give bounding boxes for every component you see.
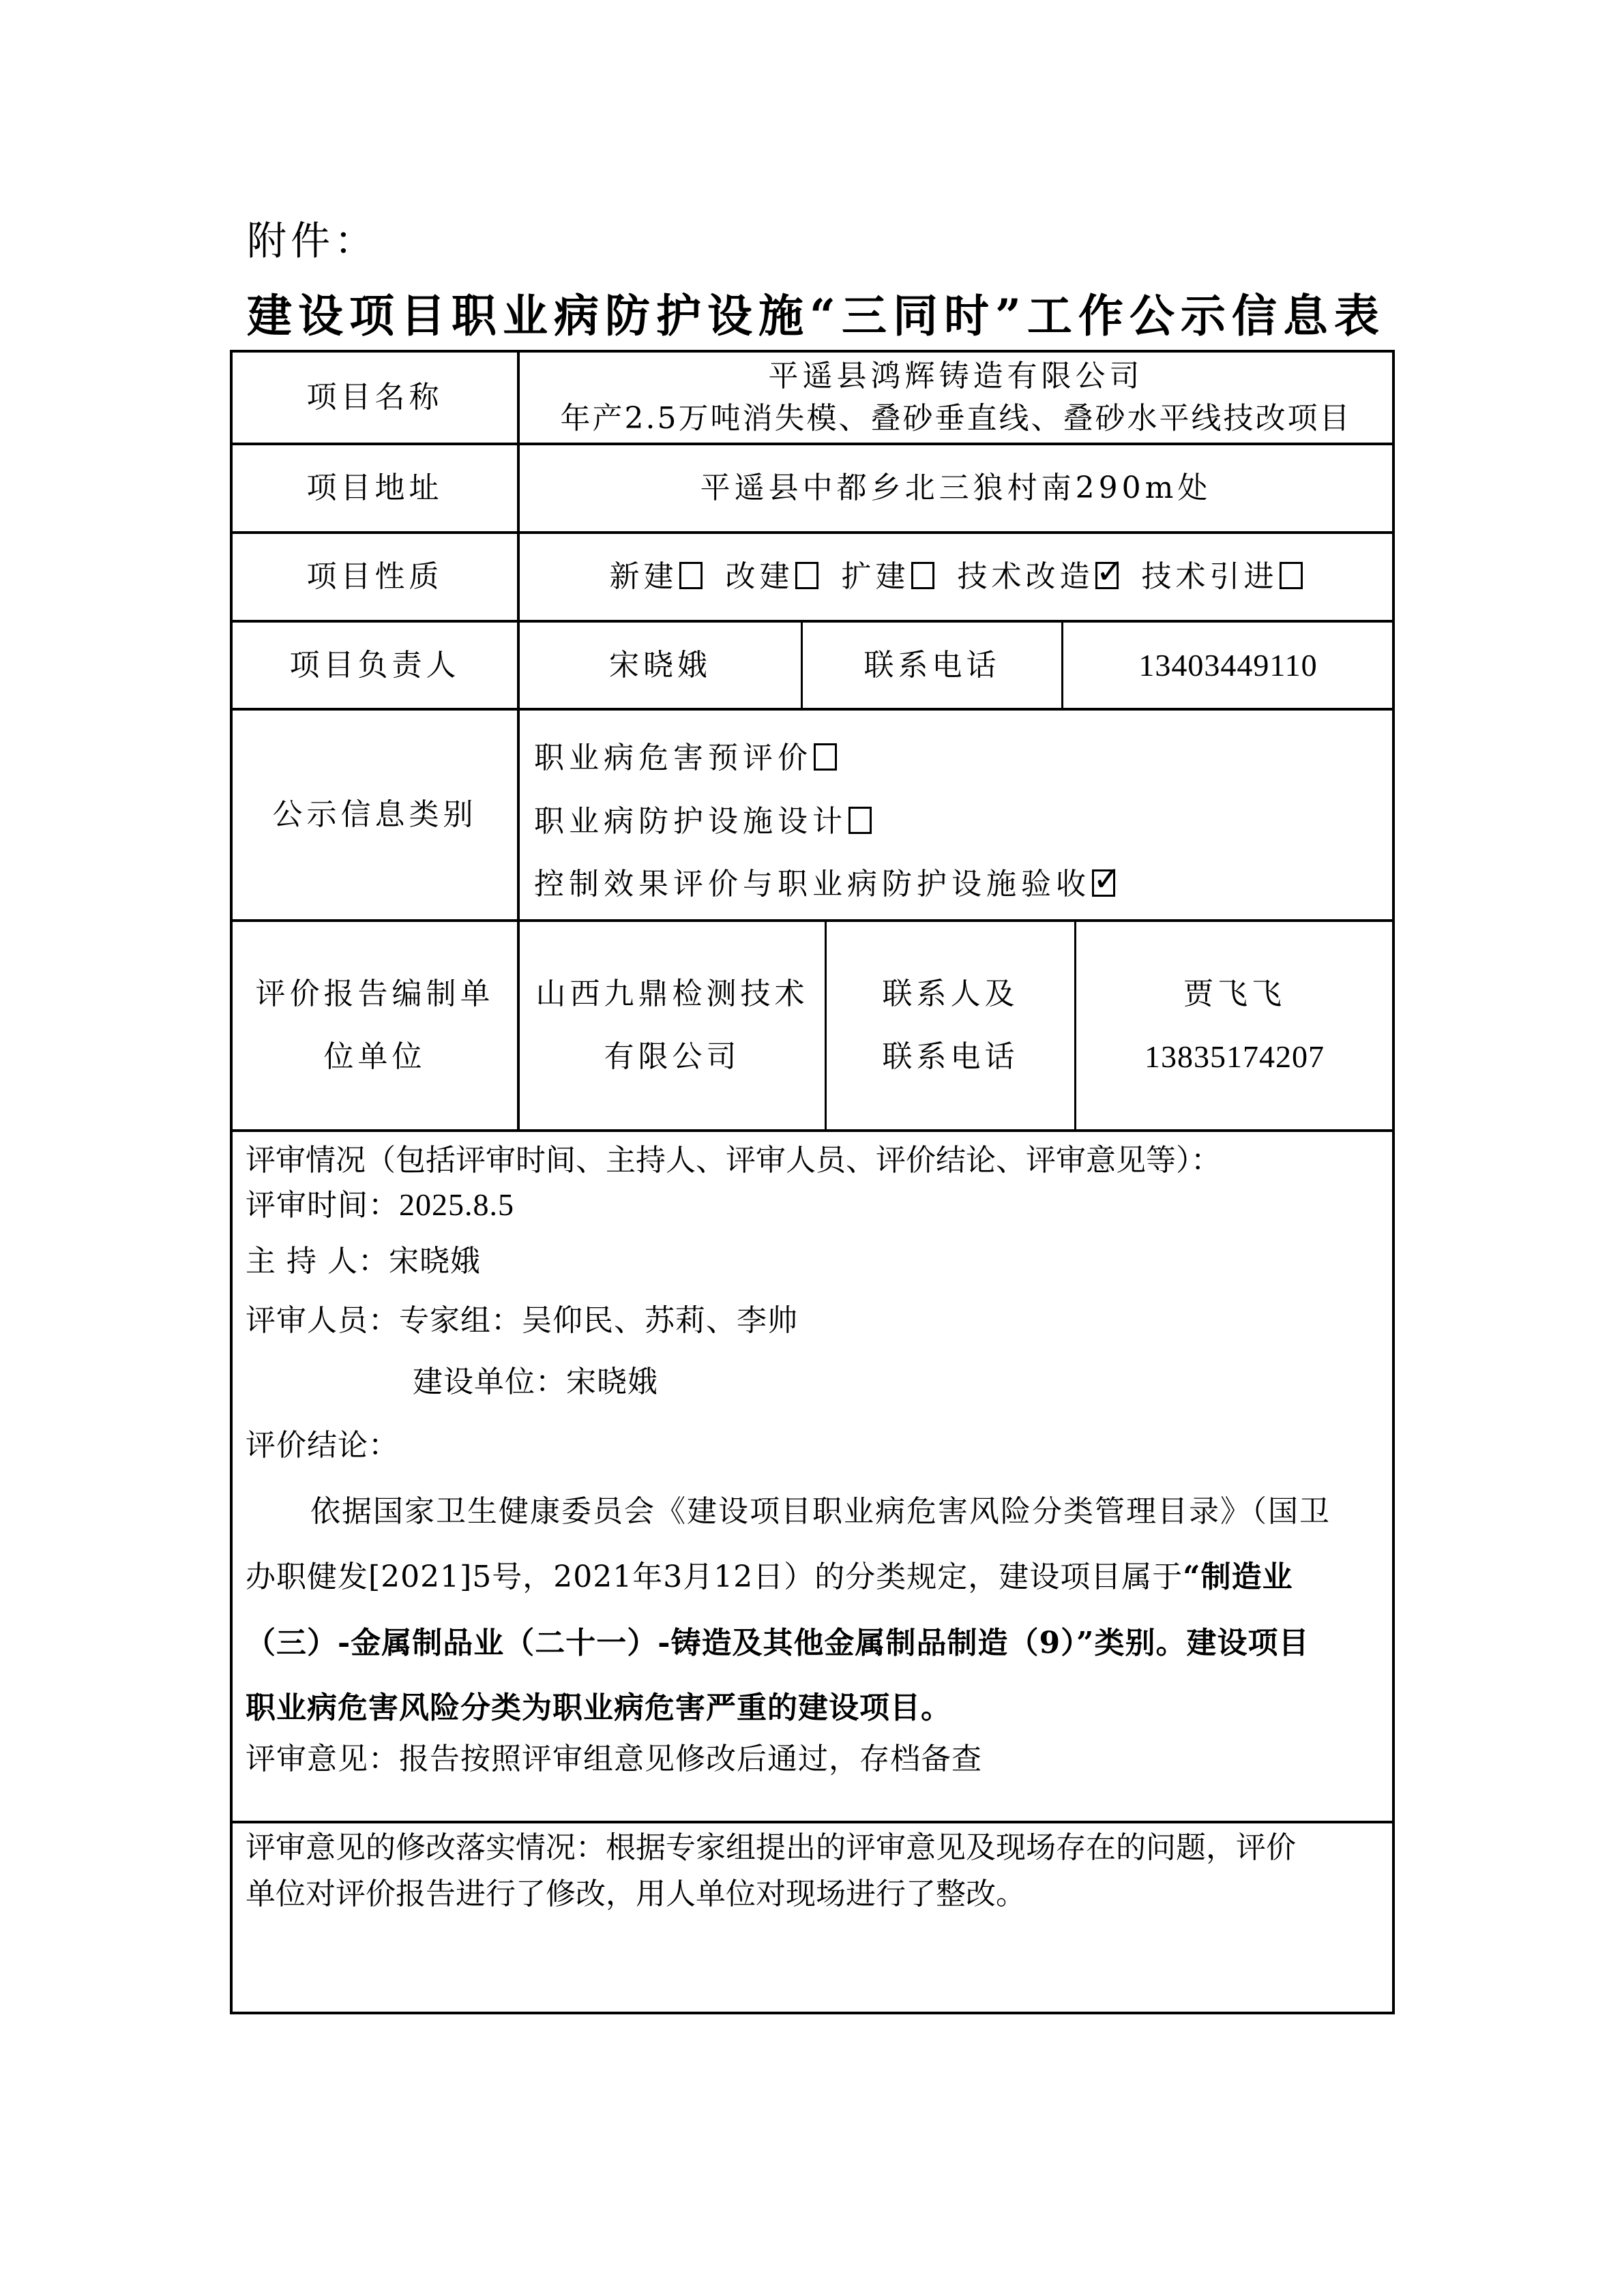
report-unit-label-cell: 评价报告编制单 位单位: [233, 922, 517, 1129]
checkbox-checked-icon[interactable]: [1095, 562, 1119, 589]
review-host: 主 持 人：宋晓娥: [246, 1241, 481, 1282]
info-category-label: 公示信息类别: [273, 794, 477, 836]
reviewers: 评审人员：专家组：吴仰民、苏莉、李帅: [246, 1300, 798, 1341]
category-option-facility-design[interactable]: 职业病防护设施设计: [534, 801, 872, 842]
conclusion-line-1: 依据国家卫生健康委员会《建设项目职业病危害风险分类管理目录》（国卫: [310, 1491, 1331, 1532]
project-leader-label: 项目负责人: [290, 644, 460, 687]
review-time-value: 2025.8.5: [399, 1187, 514, 1222]
option-tech-renovation[interactable]: 技术改造: [958, 556, 1119, 598]
checkbox-unchecked-icon[interactable]: [1280, 562, 1303, 589]
contact-label-line1: 联系人及: [883, 963, 1019, 1026]
implementation-line-2: 单位对评价报告进行了修改，用人单位对现场进行了整改。: [246, 1874, 1026, 1915]
option-rebuild[interactable]: 改建: [726, 556, 818, 598]
project-nature-options: 新建 改建 扩建 技术改造 技术引进: [520, 534, 1392, 620]
conclusion-bold-tail: “制造业: [1183, 1560, 1293, 1594]
project-name-label: 项目名称: [307, 376, 443, 419]
review-host-value: 宋晓娥: [389, 1244, 481, 1279]
project-address-value: 平遥县中都乡北三狼村南290m处: [700, 467, 1212, 509]
project-leader-label-cell: 项目负责人: [233, 623, 517, 708]
expert-group: 专家组：吴仰民、苏莉、李帅: [399, 1303, 798, 1338]
review-heading: 评审情况（包括评审时间、主持人、评审人员、评价结论、评审意见等）：: [246, 1140, 1221, 1181]
leader-phone-label: 联系电话: [864, 644, 1001, 687]
col-divider: [1074, 921, 1076, 1131]
info-category-label-cell: 公示信息类别: [233, 711, 517, 919]
attachment-label: 附件：: [247, 217, 378, 265]
option-expansion[interactable]: 扩建: [842, 556, 934, 598]
contact-phone: 13835174207: [1145, 1026, 1325, 1088]
checkbox-unchecked-icon[interactable]: [679, 562, 703, 589]
checkbox-unchecked-icon[interactable]: [795, 562, 818, 589]
project-leader-name: 宋晓娥: [609, 644, 711, 687]
contact-label-cell: 联系人及 联系电话: [827, 922, 1074, 1129]
report-unit-name-line2: 有限公司: [604, 1026, 741, 1088]
project-name-value-cell: 平遥县鸿辉铸造有限公司 年产2.5万吨消失模、叠砂垂直线、叠砂水平线技改项目: [520, 353, 1392, 443]
construction-unit-reviewer: 建设单位：宋晓娥: [413, 1362, 658, 1403]
review-time: 评审时间：2025.8.5: [246, 1184, 514, 1226]
option-new-build[interactable]: 新建: [610, 556, 703, 598]
implementation-line-1: 评审意见的修改落实情况：根据专家组提出的评审意见及现场存在的问题，评价: [246, 1828, 1296, 1868]
company-name: 平遥县鸿辉铸造有限公司: [768, 355, 1143, 398]
contact-label-line2: 联系电话: [883, 1026, 1019, 1088]
report-unit-name-cell: 山西九鼎检测技术 有限公司: [520, 922, 825, 1129]
project-nature-label-cell: 项目性质: [233, 534, 517, 620]
review-opinion-value: 报告按照评审组意见修改后通过，存档备查: [399, 1742, 982, 1776]
row-divider: [230, 1821, 1395, 1823]
review-opinion: 评审意见：报告按照评审组意见修改后通过，存档备查: [246, 1739, 982, 1780]
checkbox-unchecked-icon[interactable]: [848, 807, 872, 834]
leader-phone-cell: 13403449110: [1064, 623, 1392, 708]
report-unit-name-line1: 山西九鼎检测技术: [536, 963, 809, 1026]
project-address-label-cell: 项目地址: [233, 445, 517, 531]
conclusion-line-2: 办职健发[2021]5号，2021年3月12日）的分类规定，建设项目属于“制造业: [246, 1557, 1293, 1598]
row-divider: [230, 1129, 1395, 1132]
report-unit-label-line1: 评价报告编制单: [256, 963, 494, 1026]
conclusion-line-4: 职业病危害风险分类为职业病危害严重的建设项目。: [246, 1688, 951, 1729]
project-address-value-cell: 平遥县中都乡北三狼村南290m处: [520, 445, 1392, 531]
checkbox-unchecked-icon[interactable]: [814, 743, 837, 771]
contact-value-cell: 贾飞飞 13835174207: [1077, 922, 1392, 1129]
project-nature-label: 项目性质: [307, 556, 443, 598]
col-divider: [1061, 621, 1063, 709]
option-tech-introduction[interactable]: 技术引进: [1142, 556, 1303, 598]
report-unit-label-line2: 位单位: [324, 1026, 426, 1088]
checkbox-unchecked-icon[interactable]: [911, 562, 934, 589]
conclusion-line-3: （三）-金属制品业（二十一）-铸造及其他金属制品制造（9）”类别。建设项目: [246, 1623, 1309, 1664]
project-address-label: 项目地址: [307, 467, 443, 509]
leader-phone-label-cell: 联系电话: [803, 623, 1061, 708]
category-option-control-acceptance[interactable]: 控制效果评价与职业病防护设施验收: [534, 864, 1115, 905]
project-name-label-cell: 项目名称: [233, 353, 517, 443]
contact-name: 贾飞飞: [1183, 963, 1286, 1026]
checkbox-checked-icon[interactable]: [1092, 869, 1115, 897]
project-title: 年产2.5万吨消失模、叠砂垂直线、叠砂水平线技改项目: [561, 398, 1352, 440]
category-option-pre-assessment[interactable]: 职业病危害预评价: [534, 738, 837, 779]
conclusion-label: 评价结论：: [246, 1425, 399, 1466]
leader-phone: 13403449110: [1138, 644, 1317, 687]
page-title: 建设项目职业病防护设施“三同时”工作公示信息表: [247, 286, 1385, 345]
project-leader-name-cell: 宋晓娥: [520, 623, 801, 708]
